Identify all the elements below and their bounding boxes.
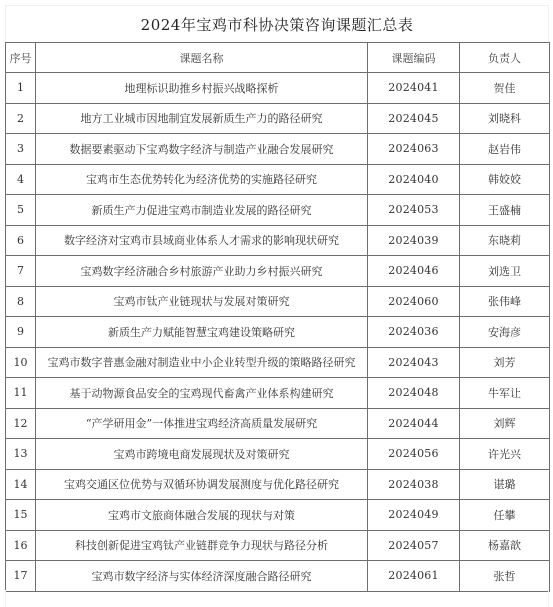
header-code: 课题编码 — [368, 43, 460, 73]
cell-code: 2024038 — [368, 469, 460, 500]
cell-name: “产学研用金”一体推进宝鸡经济高质量发展研究 — [36, 408, 368, 439]
table-row: 15宝鸡市文旅商体融合发展的现状与对策2024049任攀 — [6, 500, 550, 531]
cell-code: 2024036 — [368, 317, 460, 348]
header-name: 课题名称 — [36, 43, 368, 73]
cell-lead: 东晓莉 — [460, 225, 550, 256]
table-row: 1地理标识助推乡村振兴战略探析2024041贺佳 — [6, 73, 550, 104]
cell-no: 6 — [6, 225, 36, 256]
cell-lead: 张哲 — [460, 561, 550, 592]
cell-lead: 刘晓科 — [460, 103, 550, 134]
cell-code: 2024060 — [368, 286, 460, 317]
cell-name: 科技创新促进宝鸡钛产业链群竞争力现状与路径分析 — [36, 530, 368, 561]
cell-no: 5 — [6, 195, 36, 226]
cell-name: 地方工业城市因地制宜发展新质生产力的路径研究 — [36, 103, 368, 134]
cell-lead: 刘芳 — [460, 347, 550, 378]
cell-no: 17 — [6, 561, 36, 592]
cell-no: 4 — [6, 164, 36, 195]
cell-lead: 安海彦 — [460, 317, 550, 348]
cell-lead: 任攀 — [460, 500, 550, 531]
cell-lead: 牛军让 — [460, 378, 550, 409]
cell-no: 3 — [6, 134, 36, 165]
table-row: 12“产学研用金”一体推进宝鸡经济高质量发展研究2024044刘辉 — [6, 408, 550, 439]
cell-no: 13 — [6, 439, 36, 470]
cell-no: 8 — [6, 286, 36, 317]
cell-code: 2024040 — [368, 164, 460, 195]
cell-code: 2024041 — [368, 73, 460, 104]
cell-no: 11 — [6, 378, 36, 409]
cell-code: 2024057 — [368, 530, 460, 561]
cell-name: 数字经济对宝鸡市县域商业体系人才需求的影响现状研究 — [36, 225, 368, 256]
cell-lead: 韩姣姣 — [460, 164, 550, 195]
table-row: 11基于动物源食品安全的宝鸡现代畜禽产业体系构建研究2024048牛军让 — [6, 378, 550, 409]
cell-no: 12 — [6, 408, 36, 439]
cell-code: 2024045 — [368, 103, 460, 134]
cell-no: 2 — [6, 103, 36, 134]
cell-code: 2024046 — [368, 256, 460, 287]
cell-name: 宝鸡市数字普惠金融对制造业中小企业转型升级的策略路径研究 — [36, 347, 368, 378]
cell-code: 2024048 — [368, 378, 460, 409]
cell-lead: 许光兴 — [460, 439, 550, 470]
cell-no: 1 — [6, 73, 36, 104]
cell-no: 9 — [6, 317, 36, 348]
cell-lead: 刘选卫 — [460, 256, 550, 287]
table-row: 17宝鸡市数字经济与实体经济深度融合路径研究2024061张哲 — [6, 561, 550, 592]
cell-code: 2024061 — [368, 561, 460, 592]
table-row: 2地方工业城市因地制宜发展新质生产力的路径研究2024045刘晓科 — [6, 103, 550, 134]
table-body: 1地理标识助推乡村振兴战略探析2024041贺佳2地方工业城市因地制宜发展新质生… — [6, 73, 550, 592]
table-row: 4宝鸡市生态优势转化为经济优势的实施路径研究2024040韩姣姣 — [6, 164, 550, 195]
cell-code: 2024044 — [368, 408, 460, 439]
cell-code: 2024049 — [368, 500, 460, 531]
cell-name: 数据要素驱动下宝鸡数字经济与制造产业融合发展研究 — [36, 134, 368, 165]
header-lead: 负责人 — [460, 43, 550, 73]
cell-name: 宝鸡交通区位优势与双循环协调发展测度与优化路径研究 — [36, 469, 368, 500]
header-no: 序号 — [6, 43, 36, 73]
cell-lead: 杨嘉歆 — [460, 530, 550, 561]
cell-no: 7 — [6, 256, 36, 287]
table-row: 8宝鸡市钛产业链现状与发展对策研究2024060张伟峰 — [6, 286, 550, 317]
cell-code: 2024053 — [368, 195, 460, 226]
table-row: 10宝鸡市数字普惠金融对制造业中小企业转型升级的策略路径研究2024043刘芳 — [6, 347, 550, 378]
table-row: 5新质生产力促进宝鸡市制造业发展的路径研究2024053王盛楠 — [6, 195, 550, 226]
cell-code: 2024056 — [368, 439, 460, 470]
cell-lead: 王盛楠 — [460, 195, 550, 226]
cell-name: 地理标识助推乡村振兴战略探析 — [36, 73, 368, 104]
cell-code: 2024043 — [368, 347, 460, 378]
cell-name: 新质生产力赋能智慧宝鸡建设策略研究 — [36, 317, 368, 348]
cell-name: 宝鸡市生态优势转化为经济优势的实施路径研究 — [36, 164, 368, 195]
table-row: 14宝鸡交通区位优势与双循环协调发展测度与优化路径研究2024038谌璐 — [6, 469, 550, 500]
cell-no: 10 — [6, 347, 36, 378]
cell-code: 2024039 — [368, 225, 460, 256]
cell-no: 16 — [6, 530, 36, 561]
cell-no: 14 — [6, 469, 36, 500]
cell-name: 宝鸡市钛产业链现状与发展对策研究 — [36, 286, 368, 317]
table-title: 2024年宝鸡市科协决策咨询课题汇总表 — [5, 5, 549, 42]
table-row: 7宝鸡数字经济融合乡村旅游产业助力乡村振兴研究2024046刘选卫 — [6, 256, 550, 287]
cell-name: 宝鸡数字经济融合乡村旅游产业助力乡村振兴研究 — [36, 256, 368, 287]
header-row: 序号 课题名称 课题编码 负责人 — [6, 43, 550, 73]
cell-lead: 谌璐 — [460, 469, 550, 500]
page-bottom-margin — [5, 590, 549, 607]
cell-lead: 张伟峰 — [460, 286, 550, 317]
cell-lead: 刘辉 — [460, 408, 550, 439]
cell-name: 新质生产力促进宝鸡市制造业发展的路径研究 — [36, 195, 368, 226]
table-row: 3数据要素驱动下宝鸡数字经济与制造产业融合发展研究2024063赵岩伟 — [6, 134, 550, 165]
cell-name: 宝鸡市文旅商体融合发展的现状与对策 — [36, 500, 368, 531]
document-page: 2024年宝鸡市科协决策咨询课题汇总表 序号 课题名称 课题编码 负责人 1地理… — [0, 0, 553, 607]
table-row: 16科技创新促进宝鸡钛产业链群竞争力现状与路径分析2024057杨嘉歆 — [6, 530, 550, 561]
table-row: 9新质生产力赋能智慧宝鸡建设策略研究2024036安海彦 — [6, 317, 550, 348]
cell-name: 基于动物源食品安全的宝鸡现代畜禽产业体系构建研究 — [36, 378, 368, 409]
cell-lead: 赵岩伟 — [460, 134, 550, 165]
summary-table: 序号 课题名称 课题编码 负责人 1地理标识助推乡村振兴战略探析2024041贺… — [5, 42, 550, 592]
table-row: 6数字经济对宝鸡市县域商业体系人才需求的影响现状研究2024039东晓莉 — [6, 225, 550, 256]
table-row: 13宝鸡市跨境电商发展现状及对策研究2024056许光兴 — [6, 439, 550, 470]
cell-code: 2024063 — [368, 134, 460, 165]
cell-name: 宝鸡市数字经济与实体经济深度融合路径研究 — [36, 561, 368, 592]
cell-no: 15 — [6, 500, 36, 531]
cell-lead: 贺佳 — [460, 73, 550, 104]
cell-name: 宝鸡市跨境电商发展现状及对策研究 — [36, 439, 368, 470]
